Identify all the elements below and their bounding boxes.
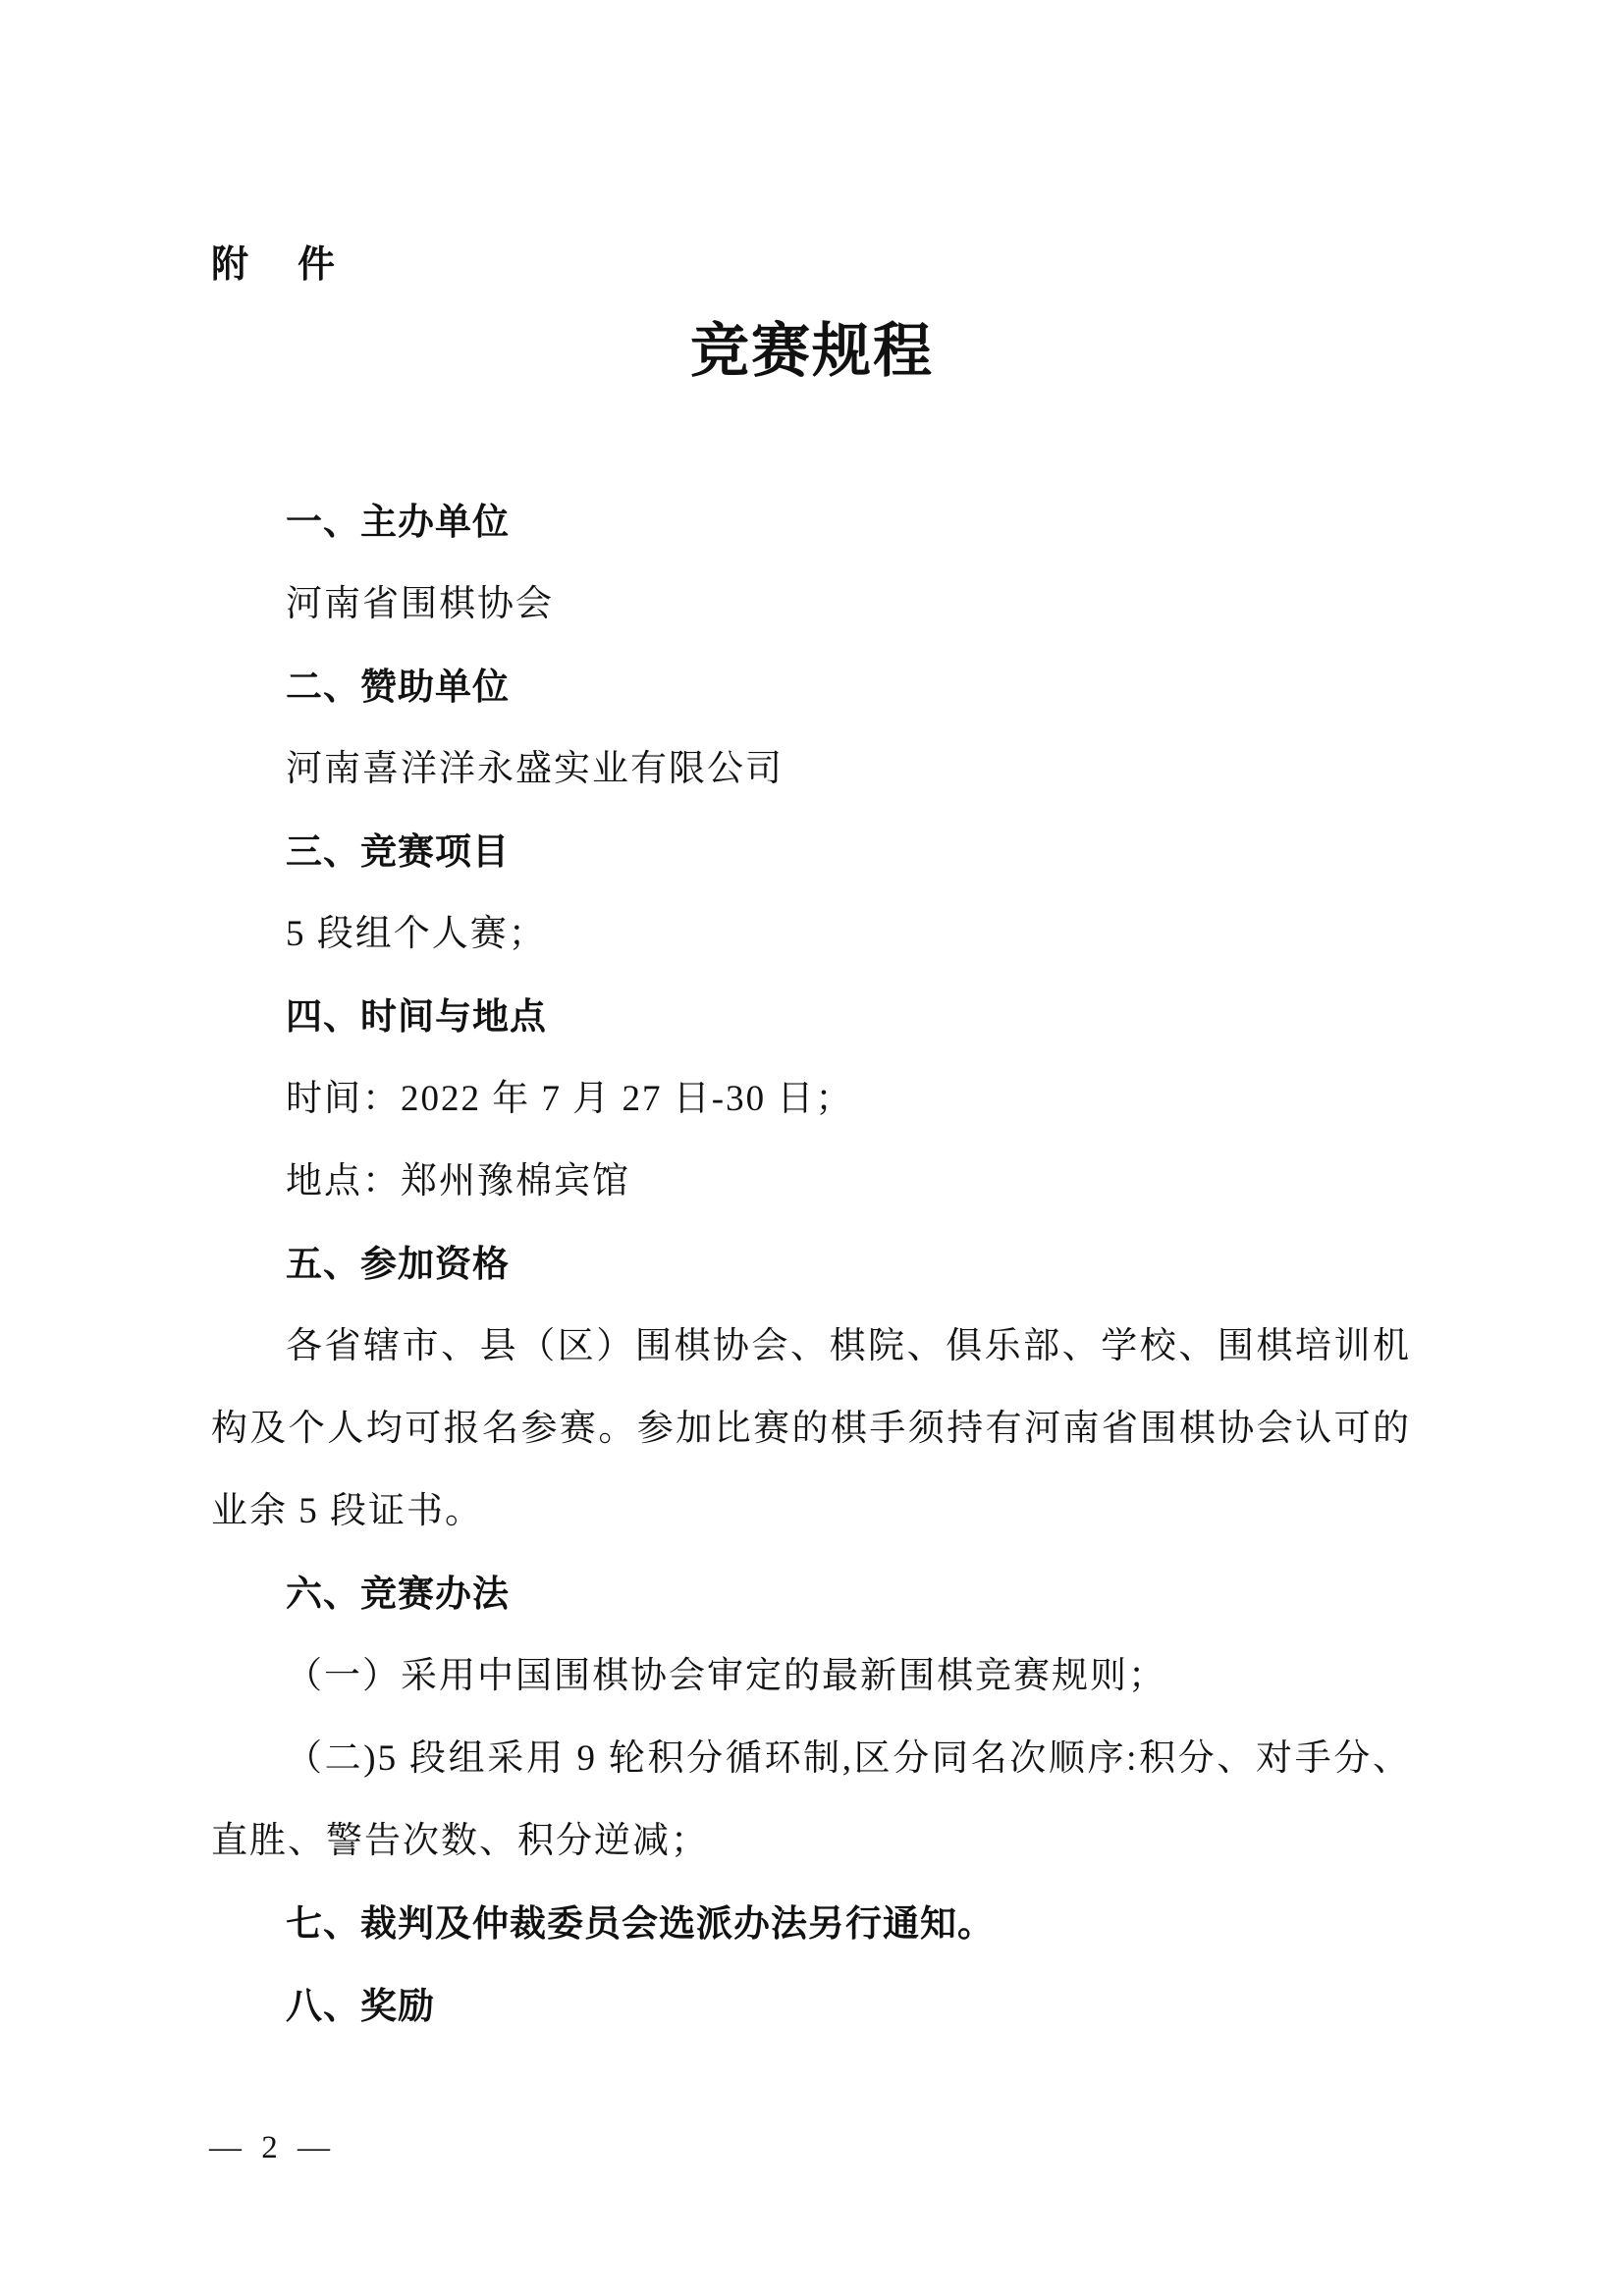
document-body: 一、主办单位 河南省围棋协会 二、赞助单位 河南喜洋洋永盛实业有限公司 三、竞赛… <box>211 481 1411 2048</box>
section-heading: 一、主办单位 <box>211 481 1411 563</box>
section-heading: 八、奖励 <box>211 1965 1411 2048</box>
section-paragraph: 河南省围棋协会 <box>211 563 1411 646</box>
document-title: 竞赛规程 <box>0 316 1624 387</box>
section-events: 三、竞赛项目 5 段组个人赛； <box>211 811 1411 976</box>
section-heading: 四、时间与地点 <box>211 976 1411 1058</box>
section-heading: 三、竞赛项目 <box>211 811 1411 893</box>
section-heading: 二、赞助单位 <box>211 646 1411 728</box>
section-heading: 五、参加资格 <box>211 1223 1411 1306</box>
section-heading: 七、裁判及仲裁委员会选派办法另行通知。 <box>211 1883 1411 1965</box>
section-time-place: 四、时间与地点 时间：2022 年 7 月 27 日-30 日； 地点：郑州豫棉… <box>211 976 1411 1223</box>
section-paragraph: （一）采用中国围棋协会审定的最新围棋竞赛规则； <box>211 1635 1411 1718</box>
document-page: 附 件 竞赛规程 一、主办单位 河南省围棋协会 二、赞助单位 河南喜洋洋永盛实业… <box>0 0 1624 2296</box>
section-paragraph: 5 段组个人赛； <box>211 893 1411 976</box>
section-sponsor: 二、赞助单位 河南喜洋洋永盛实业有限公司 <box>211 646 1411 811</box>
section-paragraph: （二)5 段组采用 9 轮积分循环制,区分同名次顺序:积分、对手分、直胜、警告次… <box>211 1718 1411 1883</box>
section-eligibility: 五、参加资格 各省辖市、县（区）围棋协会、棋院、俱乐部、学校、围棋培训机构及个人… <box>211 1223 1411 1553</box>
section-paragraph: 各省辖市、县（区）围棋协会、棋院、俱乐部、学校、围棋培训机构及个人均可报名参赛。… <box>211 1306 1411 1553</box>
page-number: — 2 — <box>209 2122 336 2173</box>
section-host-org: 一、主办单位 河南省围棋协会 <box>211 481 1411 646</box>
section-paragraph: 河南喜洋洋永盛实业有限公司 <box>211 728 1411 811</box>
attachment-label: 附 件 <box>211 241 341 289</box>
section-awards: 八、奖励 <box>211 1965 1411 2048</box>
section-paragraph: 时间：2022 年 7 月 27 日-30 日； <box>211 1058 1411 1141</box>
section-referees: 七、裁判及仲裁委员会选派办法另行通知。 <box>211 1883 1411 1965</box>
section-rules: 六、竞赛办法 （一）采用中国围棋协会审定的最新围棋竞赛规则； （二)5 段组采用… <box>211 1553 1411 1883</box>
section-heading: 六、竞赛办法 <box>211 1553 1411 1635</box>
section-paragraph: 地点：郑州豫棉宾馆 <box>211 1141 1411 1223</box>
